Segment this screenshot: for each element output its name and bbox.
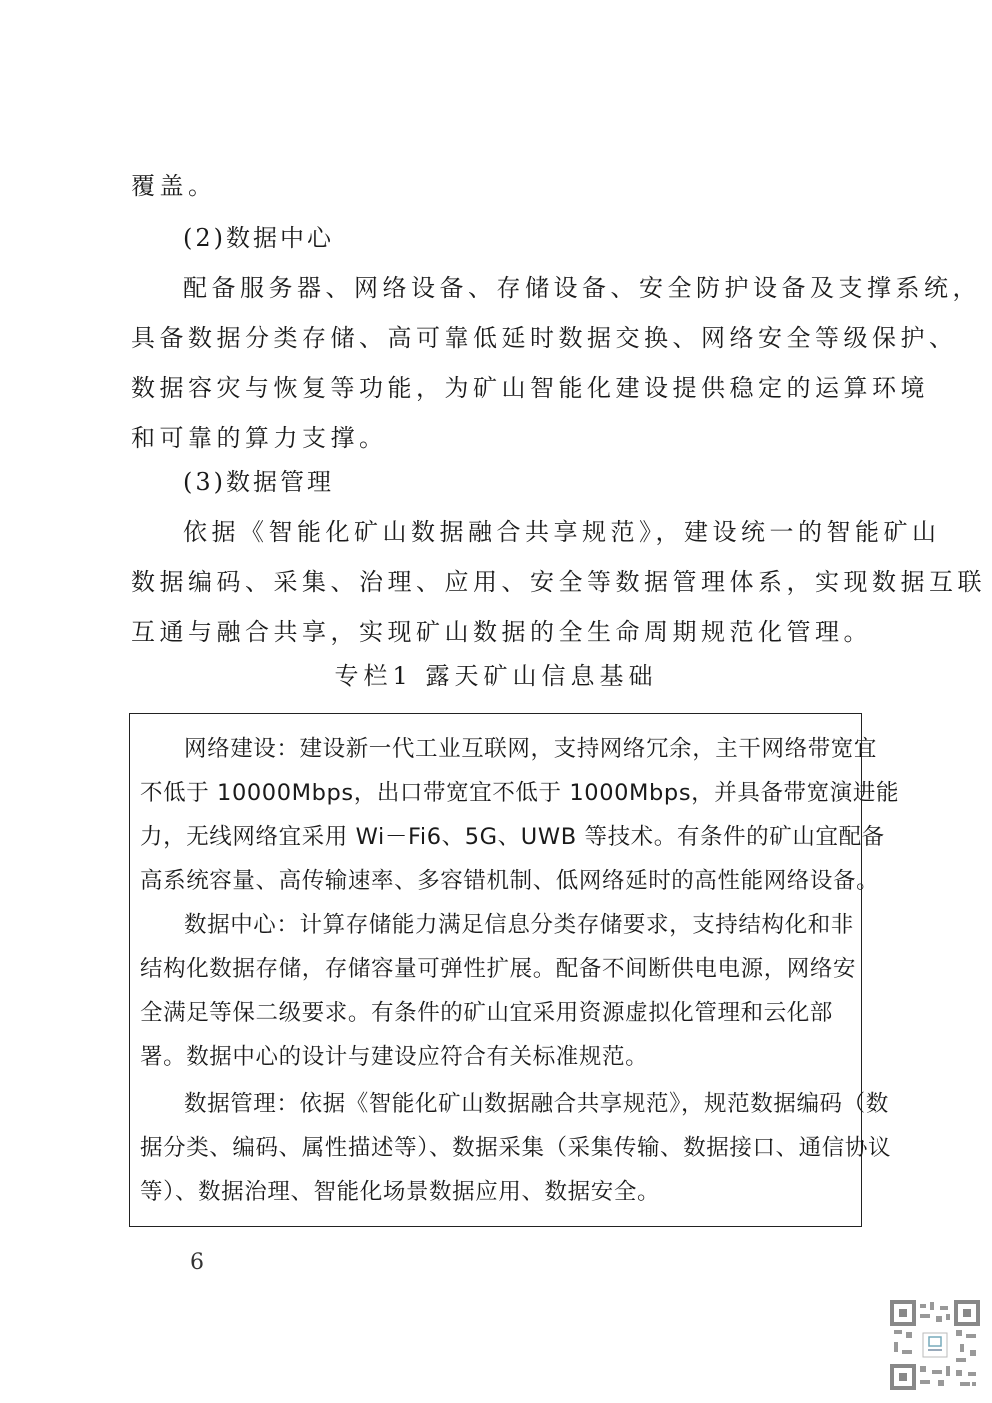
box-text-line: 高系统容量、高传输速率、多容错机制、低网络延时的高性能网络设备。 — [140, 866, 852, 896]
box-text-line: 数据中心：计算存储能力满足信息分类存储要求，支持结构化和非 — [184, 910, 852, 940]
box-text-line: 据分类、编码、属性描述等）、数据采集（采集传输、数据接口、通信协议 — [140, 1133, 852, 1163]
box-text-line: 署。数据中心的设计与建设应符合有关标准规范。 — [140, 1042, 852, 1072]
box-text-line: 不低于 10000Mbps，出口带宽宜不低于 1000Mbps，并具备带宽演进能 — [140, 778, 852, 808]
body-text-line: 覆盖。 — [131, 170, 861, 202]
box-text-line: 全满足等保二级要求。有条件的矿山宜采用资源虚拟化管理和云化部 — [140, 998, 852, 1028]
body-text-line: 和可靠的算力支撑。 — [131, 422, 861, 454]
page-number: 6 — [190, 1250, 204, 1275]
column-box: 网络建设：建设新一代工业互联网，支持网络冗余，主干网络带宽宜 不低于 10000… — [129, 713, 862, 1227]
box-text-line: 数据管理：依据《智能化矿山数据融合共享规范》，规范数据编码（数 — [184, 1089, 852, 1119]
body-text-line: 互通与融合共享，实现矿山数据的全生命周期规范化管理。 — [131, 616, 861, 648]
body-text-line: 依据《智能化矿山数据融合共享规范》，建设统一的智能矿山 — [183, 516, 861, 548]
column-box-title: 专栏1 露天矿山信息基础 — [0, 660, 992, 692]
box-text-line: 网络建设：建设新一代工业互联网，支持网络冗余，主干网络带宽宜 — [184, 734, 852, 764]
qr-code-icon — [890, 1300, 980, 1390]
body-text-line: 具备数据分类存储、高可靠低延时数据交换、网络安全等级保护、 — [131, 322, 861, 354]
section-heading-data-management: (3)数据管理 — [183, 466, 334, 498]
body-text-line: 数据编码、采集、治理、应用、安全等数据管理体系，实现数据互联 — [131, 566, 861, 598]
body-text-line: 配备服务器、网络设备、存储设备、安全防护设备及支撑系统， — [183, 272, 861, 304]
box-text-line: 力，无线网络宜采用 Wi－Fi6、5G、UWB 等技术。有条件的矿山宜配备 — [140, 822, 852, 852]
box-text-line: 等）、数据治理、智能化场景数据应用、数据安全。 — [140, 1177, 852, 1207]
section-heading-data-center: (2)数据中心 — [183, 222, 334, 254]
box-text-line: 结构化数据存储，存储容量可弹性扩展。配备不间断供电电源，网络安 — [140, 954, 852, 984]
body-text-line: 数据容灾与恢复等功能，为矿山智能化建设提供稳定的运算环境 — [131, 372, 861, 404]
document-page: 覆盖。 (2)数据中心 配备服务器、网络设备、存储设备、安全防护设备及支撑系统，… — [0, 0, 992, 1403]
